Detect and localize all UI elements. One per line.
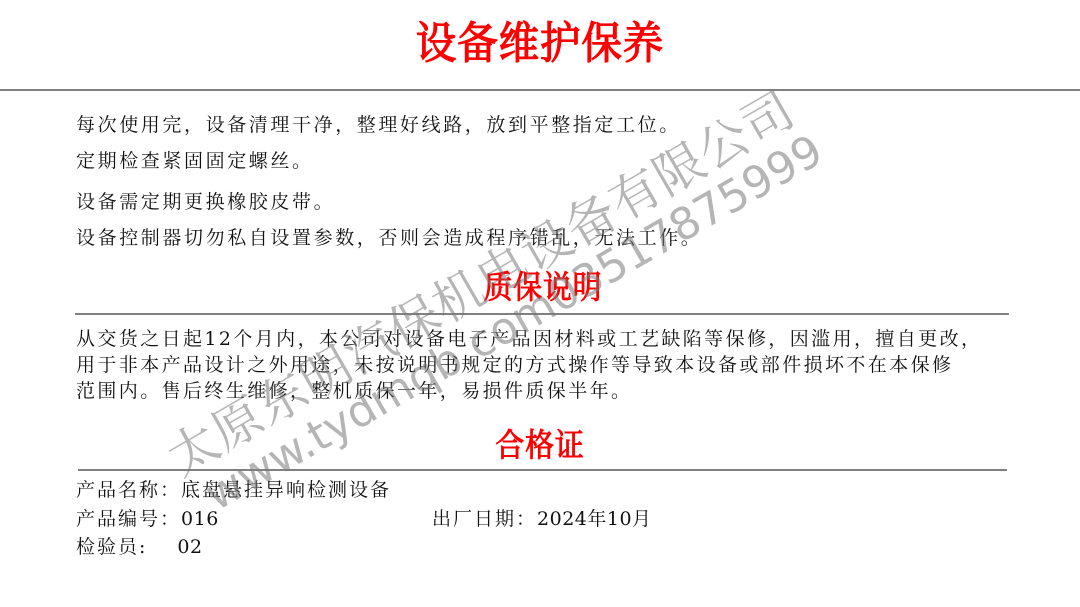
inspector-value: 02 [177, 536, 202, 558]
date-value: 2024年10月 [537, 508, 652, 530]
date-field: 出厂日期：2024年10月 [432, 506, 652, 532]
certificate-divider [78, 469, 1007, 471]
inspector-field: 检验员:02 [76, 534, 203, 560]
warranty-line: 从交货之日起12个月内，本公司对设备电子产品因材料或工艺缺陷等保修，因滥用，擅自… [76, 326, 1036, 352]
certificate-title: 合格证 [54, 424, 1026, 466]
maintenance-item: 设备控制器切勿私自设置参数，否则会造成程序错乱，无法工作。 [76, 225, 702, 251]
product-no-label: 产品编号： [76, 508, 181, 530]
maintenance-item: 设备需定期更换橡胶皮带。 [76, 189, 335, 215]
warranty-divider [75, 313, 1009, 315]
warranty-text: 从交货之日起12个月内，本公司对设备电子产品因材料或工艺缺陷等保修，因滥用，擅自… [76, 326, 1036, 404]
warranty-line: 范围内。售后终生维修，整机质保一年，易损件质保半年。 [76, 378, 1036, 404]
product-name-field: 产品名称：底盘悬挂异响检测设备 [76, 477, 391, 503]
maintenance-item: 定期检查紧固固定螺丝。 [76, 148, 314, 174]
product-name-value: 底盘悬挂异响检测设备 [181, 479, 391, 501]
product-name-label: 产品名称： [76, 479, 181, 501]
maintenance-item: 每次使用完，设备清理干净，整理好线路，放到平整指定工位。 [76, 112, 681, 138]
warranty-title: 质保说明 [57, 266, 1029, 308]
warranty-line: 用于非本产品设计之外用途，未按说明书规定的方式操作等导致本设备或部件损坏不在本保… [76, 352, 1036, 378]
date-label: 出厂日期： [432, 508, 537, 530]
product-no-value: 016 [181, 508, 219, 530]
product-no-field: 产品编号：016 [76, 506, 219, 532]
inspector-label: 检验员: [76, 536, 147, 558]
title-divider [0, 89, 1080, 91]
page-title: 设备维护保养 [43, 14, 1037, 74]
